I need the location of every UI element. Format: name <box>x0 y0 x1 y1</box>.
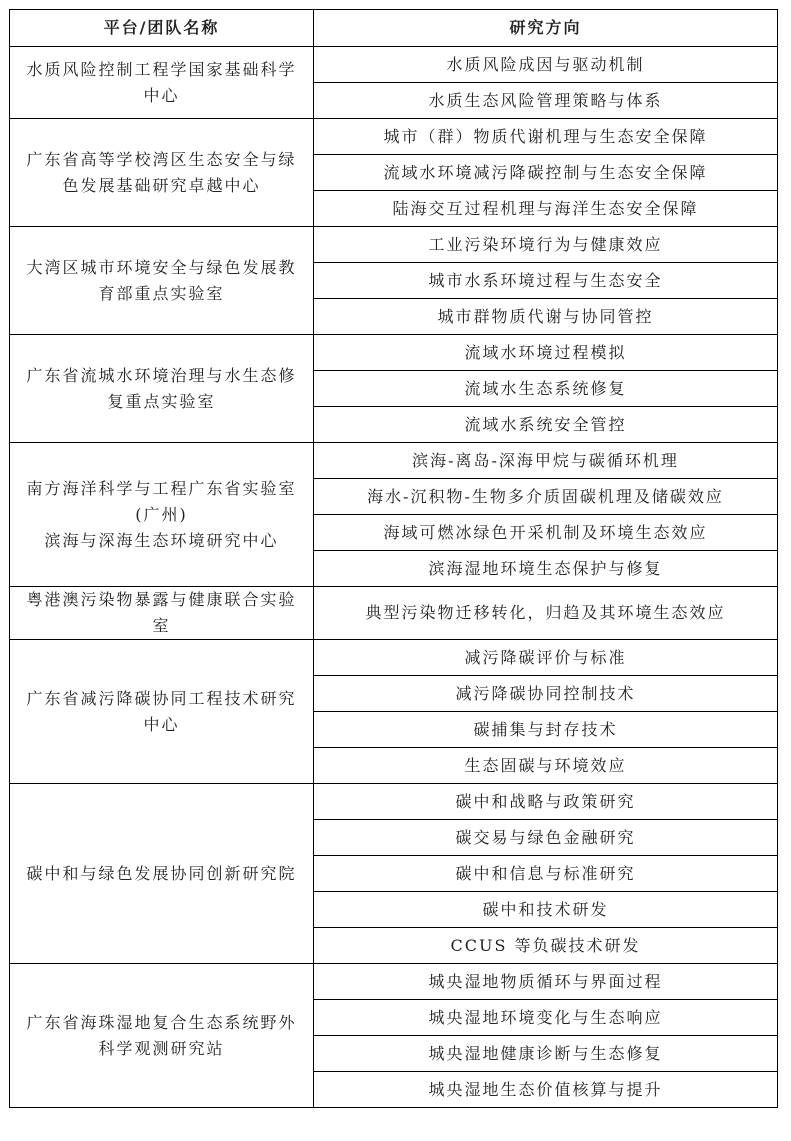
platform-name-cell: 粤港澳污染物暴露与健康联合实验室 <box>10 587 314 640</box>
table-row: 广东省海珠湿地复合生态系统野外科学观测研究站城央湿地物质循环与界面过程 <box>10 964 778 1000</box>
platform-name-line: 水质风险控制工程学国家基础科学 <box>18 57 305 83</box>
table-row: 广东省流城水环境治理与水生态修复重点实验室流域水环境过程模拟 <box>10 335 778 371</box>
research-direction-cell: 滨海-离岛-深海甲烷与碳循环机理 <box>314 443 778 479</box>
platform-name-line: 色发展基础研究卓越中心 <box>18 173 305 199</box>
research-direction-cell: 生态固碳与环境效应 <box>314 748 778 784</box>
platform-name-line: 复重点实验室 <box>18 389 305 415</box>
platform-name-line: 碳中和与绿色发展协同创新研究院 <box>18 861 305 887</box>
platform-name-line: 广东省高等学校湾区生态安全与绿 <box>18 147 305 173</box>
research-direction-cell: CCUS 等负碳技术研发 <box>314 928 778 964</box>
research-direction-cell: 城央湿地物质循环与界面过程 <box>314 964 778 1000</box>
research-direction-cell: 流域水环境过程模拟 <box>314 335 778 371</box>
research-direction-cell: 海水-沉积物-生物多介质固碳机理及储碳效应 <box>314 479 778 515</box>
platform-name-line: 南方海洋科学与工程广东省实验室 <box>18 476 305 502</box>
research-direction-cell: 流域水生态系统修复 <box>314 371 778 407</box>
research-direction-cell: 滨海湿地环境生态保护与修复 <box>314 551 778 587</box>
table-body: 水质风险控制工程学国家基础科学中心水质风险成因与驱动机制水质生态风险管理策略与体… <box>10 47 778 1108</box>
platform-name-line: 广东省减污降碳协同工程技术研究 <box>18 686 305 712</box>
research-direction-cell: 陆海交互过程机理与海洋生态安全保障 <box>314 191 778 227</box>
platform-name-cell: 广东省高等学校湾区生态安全与绿色发展基础研究卓越中心 <box>10 119 314 227</box>
research-direction-cell: 流域水环境减污降碳控制与生态安全保障 <box>314 155 778 191</box>
platform-name-line: 育部重点实验室 <box>18 281 305 307</box>
research-direction-cell: 减污降碳评价与标准 <box>314 640 778 676</box>
table-row: 大湾区城市环境安全与绿色发展教育部重点实验室工业污染环境行为与健康效应 <box>10 227 778 263</box>
header-platform: 平台/团队名称 <box>10 10 314 47</box>
platform-name-line: 室 <box>18 613 305 639</box>
research-direction-cell: 典型污染物迁移转化，归趋及其环境生态效应 <box>314 587 778 640</box>
platform-name-line: 广东省海珠湿地复合生态系统野外 <box>18 1010 305 1036</box>
platform-research-table: 平台/团队名称 研究方向 水质风险控制工程学国家基础科学中心水质风险成因与驱动机… <box>9 9 778 1108</box>
header-direction: 研究方向 <box>314 10 778 47</box>
platform-name-cell: 广东省流城水环境治理与水生态修复重点实验室 <box>10 335 314 443</box>
table-row: 碳中和与绿色发展协同创新研究院碳中和战略与政策研究 <box>10 784 778 820</box>
table-row: 广东省高等学校湾区生态安全与绿色发展基础研究卓越中心城市（群）物质代谢机理与生态… <box>10 119 778 155</box>
table-row: 粤港澳污染物暴露与健康联合实验室典型污染物迁移转化，归趋及其环境生态效应 <box>10 587 778 640</box>
research-direction-cell: 城市群物质代谢与协同管控 <box>314 299 778 335</box>
research-direction-cell: 城市水系环境过程与生态安全 <box>314 263 778 299</box>
platform-name-line: 粤港澳污染物暴露与健康联合实验 <box>18 587 305 613</box>
research-direction-cell: 水质生态风险管理策略与体系 <box>314 83 778 119</box>
research-direction-cell: 碳交易与绿色金融研究 <box>314 820 778 856</box>
research-direction-cell: 水质风险成因与驱动机制 <box>314 47 778 83</box>
platform-name-line: 大湾区城市环境安全与绿色发展教 <box>18 255 305 281</box>
table-row: 南方海洋科学与工程广东省实验室(广州)滨海与深海生态环境研究中心滨海-离岛-深海… <box>10 443 778 479</box>
research-direction-cell: 碳捕集与封存技术 <box>314 712 778 748</box>
research-direction-cell: 城央湿地环境变化与生态响应 <box>314 1000 778 1036</box>
platform-name-line: 中心 <box>18 712 305 738</box>
research-direction-cell: 碳中和技术研发 <box>314 892 778 928</box>
platform-name-cell: 大湾区城市环境安全与绿色发展教育部重点实验室 <box>10 227 314 335</box>
platform-name-line: 中心 <box>18 83 305 109</box>
platform-name-cell: 广东省海珠湿地复合生态系统野外科学观测研究站 <box>10 964 314 1108</box>
platform-name-line: 广东省流城水环境治理与水生态修 <box>18 363 305 389</box>
platform-name-cell: 广东省减污降碳协同工程技术研究中心 <box>10 640 314 784</box>
platform-name-line: (广州) <box>18 502 305 528</box>
research-direction-cell: 城央湿地健康诊断与生态修复 <box>314 1036 778 1072</box>
platform-name-line: 科学观测研究站 <box>18 1036 305 1062</box>
table-header-row: 平台/团队名称 研究方向 <box>10 10 778 47</box>
platform-name-line: 滨海与深海生态环境研究中心 <box>18 528 305 554</box>
table-row: 广东省减污降碳协同工程技术研究中心减污降碳评价与标准 <box>10 640 778 676</box>
research-direction-cell: 流域水系统安全管控 <box>314 407 778 443</box>
research-direction-cell: 减污降碳协同控制技术 <box>314 676 778 712</box>
research-direction-cell: 城央湿地生态价值核算与提升 <box>314 1072 778 1108</box>
research-direction-cell: 工业污染环境行为与健康效应 <box>314 227 778 263</box>
research-direction-cell: 海域可燃冰绿色开采机制及环境生态效应 <box>314 515 778 551</box>
research-direction-cell: 碳中和战略与政策研究 <box>314 784 778 820</box>
platform-name-cell: 水质风险控制工程学国家基础科学中心 <box>10 47 314 119</box>
platform-name-cell: 碳中和与绿色发展协同创新研究院 <box>10 784 314 964</box>
platform-name-cell: 南方海洋科学与工程广东省实验室(广州)滨海与深海生态环境研究中心 <box>10 443 314 587</box>
research-direction-cell: 城市（群）物质代谢机理与生态安全保障 <box>314 119 778 155</box>
research-direction-cell: 碳中和信息与标准研究 <box>314 856 778 892</box>
table-row: 水质风险控制工程学国家基础科学中心水质风险成因与驱动机制 <box>10 47 778 83</box>
